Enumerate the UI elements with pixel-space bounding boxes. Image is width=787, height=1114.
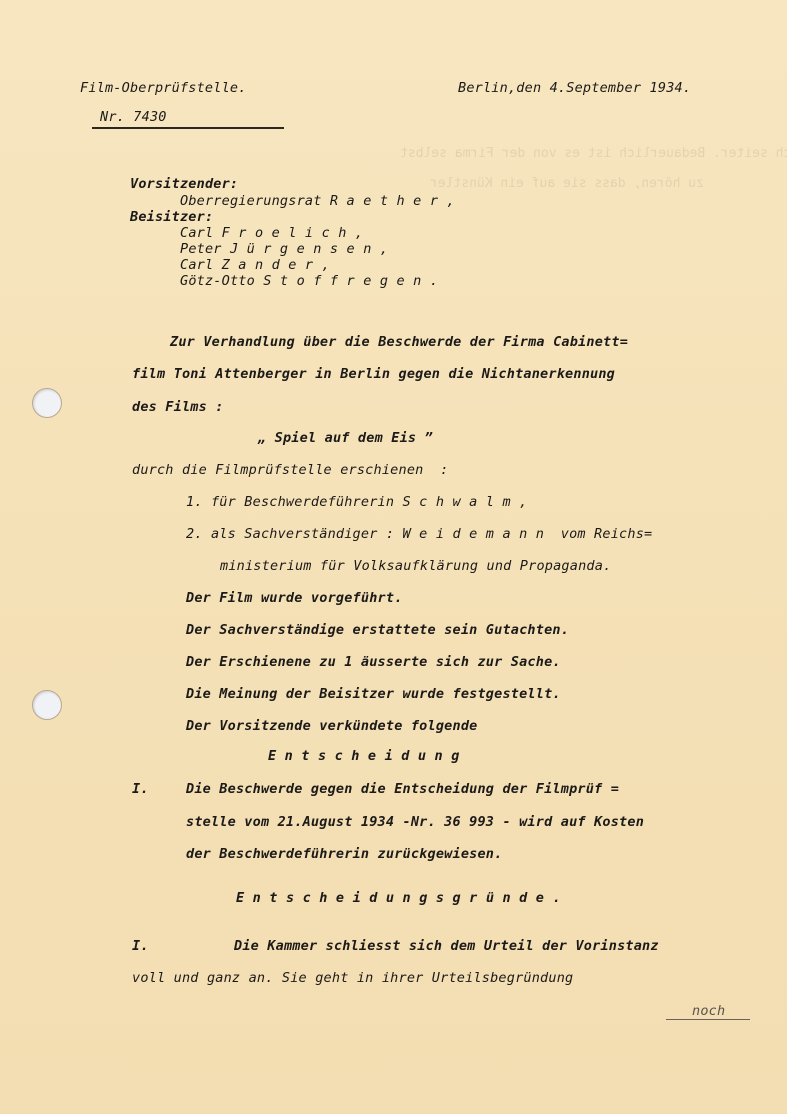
decision-heading: E n t s c h e i d u n g — [268, 748, 460, 764]
reasons-line: Die Kammer schliesst sich dem Urteil der… — [234, 938, 659, 954]
catchword: noch — [692, 1003, 725, 1019]
reasons-numeral: I. — [132, 938, 149, 954]
reasons-line: voll und ganz an. Sie geht in ihrer Urte… — [132, 970, 573, 986]
chair-name: Oberregierungsrat R a e t h e r , — [180, 193, 455, 209]
film-title: „ Spiel auf dem Eis ” — [258, 430, 433, 446]
assessor: Götz-Otto S t o f f r e g e n . — [180, 273, 438, 289]
punch-hole — [32, 690, 62, 720]
assessor: Carl F r o e l i c h , — [180, 225, 363, 241]
appearance-item: 1. für Beschwerdeführerin S c h w a l m … — [186, 494, 527, 510]
reasons-heading: E n t s c h e i d u n g s g r ü n d e . — [236, 890, 561, 906]
intro-line: Zur Verhandlung über die Beschwerde der … — [170, 334, 628, 350]
decision-numeral: I. — [132, 781, 149, 797]
proceeding-line: Der Sachverständige erstattete sein Guta… — [186, 622, 569, 638]
number-underline — [92, 127, 284, 129]
issuing-office: Film-Oberprüfstelle. — [80, 80, 247, 96]
reference-number: Nr. 7430 — [100, 109, 167, 125]
proceeding-line: Der Film wurde vorgeführt. — [186, 590, 403, 606]
proceeding-line: Die Meinung der Beisitzer wurde festgest… — [186, 686, 561, 702]
assessor: Carl Z a n d e r , — [180, 257, 330, 273]
catchword-underline — [666, 1019, 750, 1020]
assessors-label: Beisitzer: — [130, 209, 213, 225]
place-date: Berlin,den 4.September 1934. — [458, 80, 691, 96]
intro-line: durch die Filmprüfstelle erschienen : — [132, 462, 448, 478]
proceeding-line: Der Erschienene zu 1 äusserte sich zur S… — [186, 654, 561, 670]
assessor: Peter J ü r g e n s e n , — [180, 241, 388, 257]
proceeding-line: Der Vorsitzende verkündete folgende — [186, 718, 477, 734]
punch-hole — [32, 388, 62, 418]
decision-line: stelle vom 21.August 1934 -Nr. 36 993 - … — [186, 814, 644, 830]
decision-line: der Beschwerdeführerin zurückgewiesen. — [186, 846, 502, 862]
chair-label: Vorsitzender: — [130, 176, 238, 192]
intro-line: film Toni Attenberger in Berlin gegen di… — [132, 366, 615, 382]
appearance-item: ministerium für Volksaufklärung und Prop… — [220, 558, 611, 574]
document-page: noch seiter. Bedauerlich ist es von der … — [0, 0, 787, 1114]
appearance-item: 2. als Sachverständiger : W e i d e m a … — [186, 526, 652, 542]
decision-line: Die Beschwerde gegen die Entscheidung de… — [186, 781, 619, 797]
intro-line: des Films : — [132, 399, 224, 415]
